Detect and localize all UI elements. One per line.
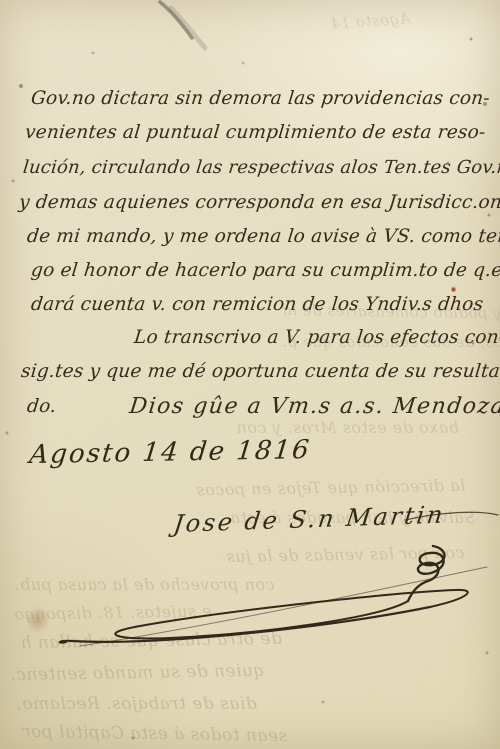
bleedthrough-text: Agosto 14 [329, 9, 411, 33]
paper-texture [0, 0, 500, 749]
letter-line: dará cuenta v. con remicion de los Yndiv… [30, 294, 484, 315]
ink-fleck [451, 286, 456, 293]
rubric-underline [60, 607, 430, 643]
letter-line: do. [26, 396, 57, 417]
date-line: Agosto 14 de 1816 [28, 435, 312, 470]
bleedthrough-layer: Agosto 14 no hay podido comensarles de l… [0, 0, 500, 749]
signature-rubric [0, 0, 500, 749]
bleedthrough-text: sean todos á esta Capital por [22, 722, 288, 747]
bleedthrough-text: dias de trabajos. Reclamo, [16, 694, 257, 714]
letter-line: y demas aquienes corresponda en esa Juri… [18, 192, 500, 213]
letter-line: go el honor de hacerlo para su cumplim.t… [30, 260, 500, 281]
bleedthrough-text: no hay podido comensarles de la [282, 301, 500, 324]
valediction: Dios gûe a Vm.s a.s. Mendoza [128, 394, 500, 419]
rubric-loop [115, 590, 468, 638]
pencil-smudge [160, 2, 192, 38]
bleedthrough-text: con por las vendas de la jus [226, 543, 465, 566]
bleedthrough-text: la dirección que Tejos en pocos [196, 476, 466, 500]
letter-line: venientes al puntual cumplimiento de est… [24, 122, 487, 143]
letter-line: de mi mando, y me ordena lo avise à VS. … [26, 226, 500, 247]
bleedthrough-text: de otra clase que se hallan h [20, 629, 282, 654]
letter-line: Gov.no dictara sin demora las providenci… [30, 88, 491, 109]
bleedthrough-text: con provecho de la causa pub. [14, 575, 275, 594]
paper-specks [0, 0, 2, 2]
letter-line: Lo transcrivo a V. para los efectos con- [133, 327, 500, 348]
letter-line: sig.tes y que me dé oportuna cuenta de s… [20, 361, 500, 382]
paper-stain [26, 606, 50, 634]
bleedthrough-text: baxo de estos Mros. y con [236, 418, 459, 437]
bleedthrough-text: quien de su mando sentenc. [10, 661, 265, 685]
manuscript-page: Agosto 14 no hay podido comensarles de l… [0, 0, 500, 749]
rubric-knot [408, 546, 445, 601]
pencil-smudge-faint [171, 8, 205, 48]
signature-name: Jose de S.n Martin [172, 501, 447, 538]
rubric-thin-stroke [80, 567, 487, 646]
signature-tail-stroke [405, 512, 498, 520]
bleedthrough-text: campos, de sus conocidos que p. [282, 333, 500, 351]
letter-line: lución, circulando las respectivas alos … [22, 157, 500, 178]
letter-body: Gov.no dictara sin demora las providenci… [0, 0, 500, 749]
bleedthrough-text: Salv.do y han pasados á esta [230, 508, 475, 527]
